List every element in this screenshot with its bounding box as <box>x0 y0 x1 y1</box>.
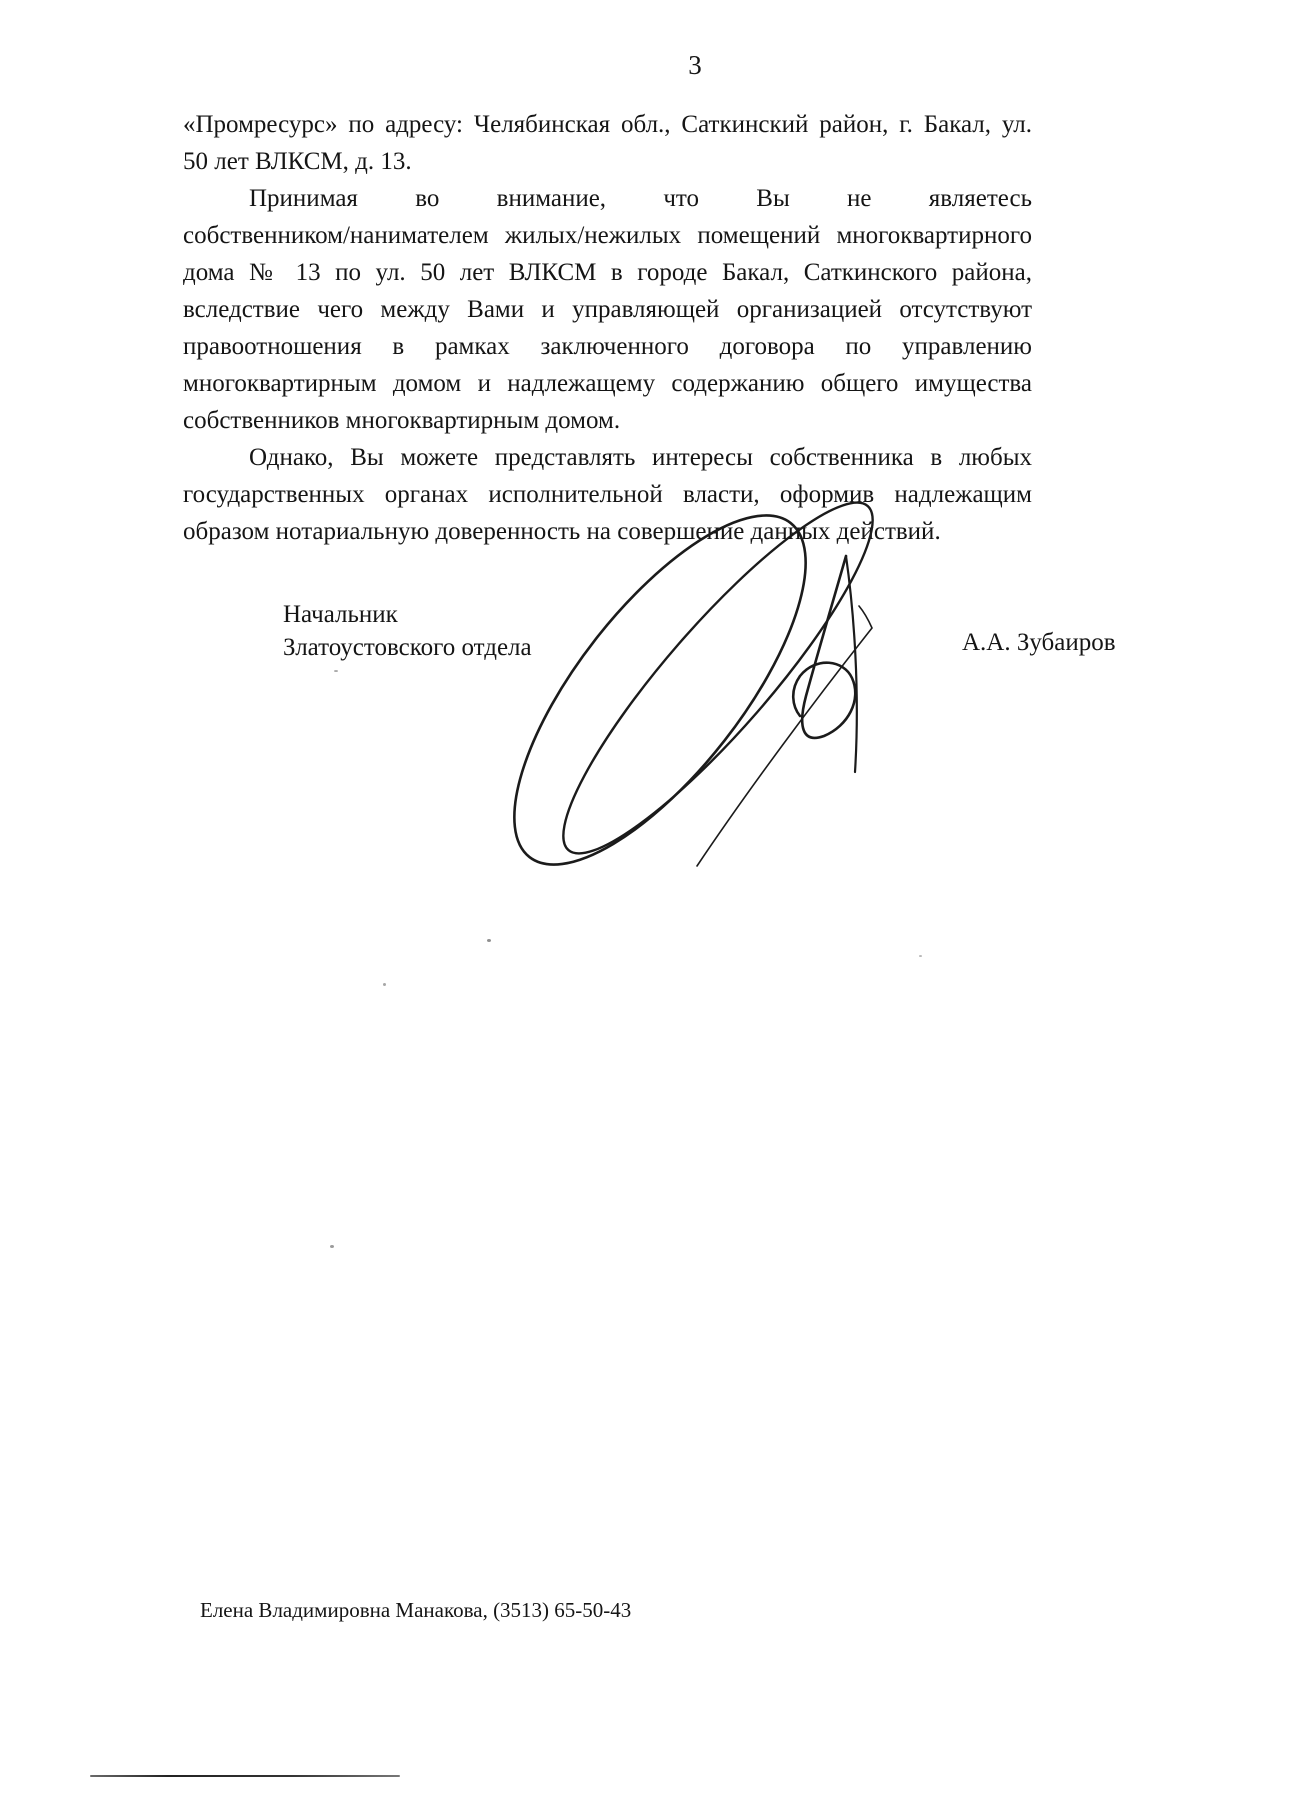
scan-speck <box>487 939 491 942</box>
body-text-line: правоотношения в рамках заключенного дог… <box>183 328 1032 365</box>
scan-speck <box>383 983 386 986</box>
executor-contact: Елена Владимировна Манакова, (3513) 65-5… <box>200 1598 631 1623</box>
scanned-letter-page: 3 «Промресурс» по адресу: Челябинская об… <box>0 0 1315 1805</box>
body-text-line: 50 лет ВЛКСМ, д. 13. <box>183 143 1032 180</box>
body-text-line: многоквартирным домом и надлежащему соде… <box>183 365 1032 402</box>
scan-speck <box>919 955 922 957</box>
scan-artifact-line <box>90 1775 400 1777</box>
page-number: 3 <box>670 50 720 81</box>
scan-speck <box>330 1245 334 1248</box>
signer-name: А.А. Зубаиров <box>962 629 1116 657</box>
body-text-line: «Промресурс» по адресу: Челябинская обл.… <box>183 106 1032 143</box>
handwritten-signature-icon <box>455 425 905 895</box>
scan-speck <box>334 670 338 672</box>
body-text-line: Принимая во внимание, что Вы не являетес… <box>183 180 1032 217</box>
body-text-line: вследствие чего между Вами и управляющей… <box>183 291 1032 328</box>
body-text-line: дома № 13 по ул. 50 лет ВЛКСМ в городе Б… <box>183 254 1032 291</box>
body-text-line: собственником/нанимателем жилых/нежилых … <box>183 217 1032 254</box>
